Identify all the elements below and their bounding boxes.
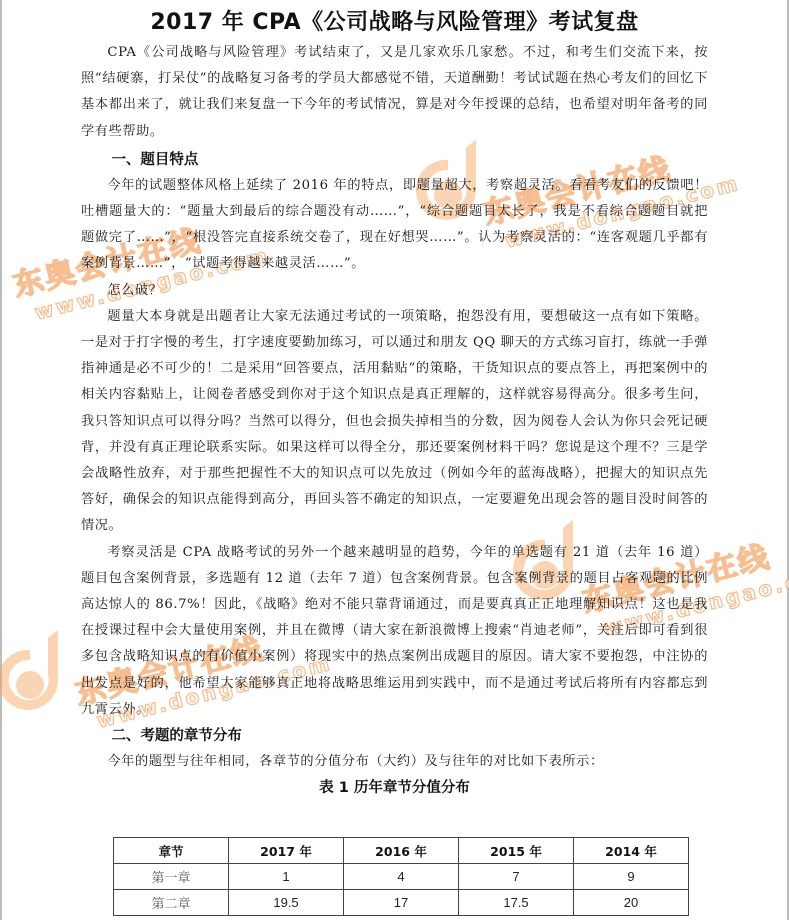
table-header-row: 章节 2017 年 2016 年 2015 年 2014 年 (114, 838, 689, 864)
cell-value: 19.5 (229, 890, 344, 916)
paragraph-strategies: 题量大本身就是出题者让大家无法通过考试的一项策略，抱怨没有用，要想破这一点有如下… (81, 304, 708, 540)
cell-value: 20 (574, 890, 689, 916)
paragraph-flexibility: 考察灵活是 CPA 战略考试的另外一个越来越明显的趋势，今年的单选题有 21 道… (81, 540, 708, 723)
header-chapter: 章节 (114, 838, 229, 864)
table-row: 第二章 19.5 17 17.5 20 (114, 890, 689, 916)
section-heading-features: 一、题目特点 (81, 147, 708, 173)
header-2014: 2014 年 (574, 838, 689, 864)
cell-chapter: 第二章 (114, 890, 229, 916)
header-2016: 2016 年 (344, 838, 459, 864)
paragraph-table-intro: 今年的题型与往年相同，各章节的分值分布（大约）及与往年的对比如下表所示： (81, 749, 708, 775)
document-body: 2017 年 CPA《公司战略与风险管理》考试复盘 CPA《公司战略与风险管理》… (81, 0, 708, 801)
cell-value: 17 (344, 890, 459, 916)
paragraph-features: 今年的试题整体风格上延续了 2016 年的特点，即题量超大，考察超灵活。看看考友… (81, 173, 708, 278)
section-heading-chapter-distribution: 二、考题的章节分布 (81, 723, 708, 749)
cell-chapter: 第一章 (114, 864, 229, 890)
dongao-logo-icon (0, 630, 70, 725)
header-2015: 2015 年 (459, 838, 574, 864)
chapter-score-table: 章节 2017 年 2016 年 2015 年 2014 年 第一章 1 4 7… (113, 837, 689, 916)
table-caption: 表 1 历年章节分值分布 (81, 775, 708, 801)
page-edge-left (0, 0, 2, 920)
cell-value: 4 (344, 864, 459, 890)
paragraph-how-to-break: 怎么破？ (81, 278, 708, 304)
cell-value: 17.5 (459, 890, 574, 916)
cell-value: 1 (229, 864, 344, 890)
cell-value: 9 (574, 864, 689, 890)
chapter-score-table-wrap: 章节 2017 年 2016 年 2015 年 2014 年 第一章 1 4 7… (113, 837, 689, 916)
header-2017: 2017 年 (229, 838, 344, 864)
intro-paragraph: CPA《公司战略与风险管理》考试结束了，又是几家欢乐几家愁。不过，和考生们交流下… (81, 40, 708, 145)
document-title: 2017 年 CPA《公司战略与风险管理》考试复盘 (81, 8, 708, 38)
cell-value: 7 (459, 864, 574, 890)
table-row: 第一章 1 4 7 9 (114, 864, 689, 890)
